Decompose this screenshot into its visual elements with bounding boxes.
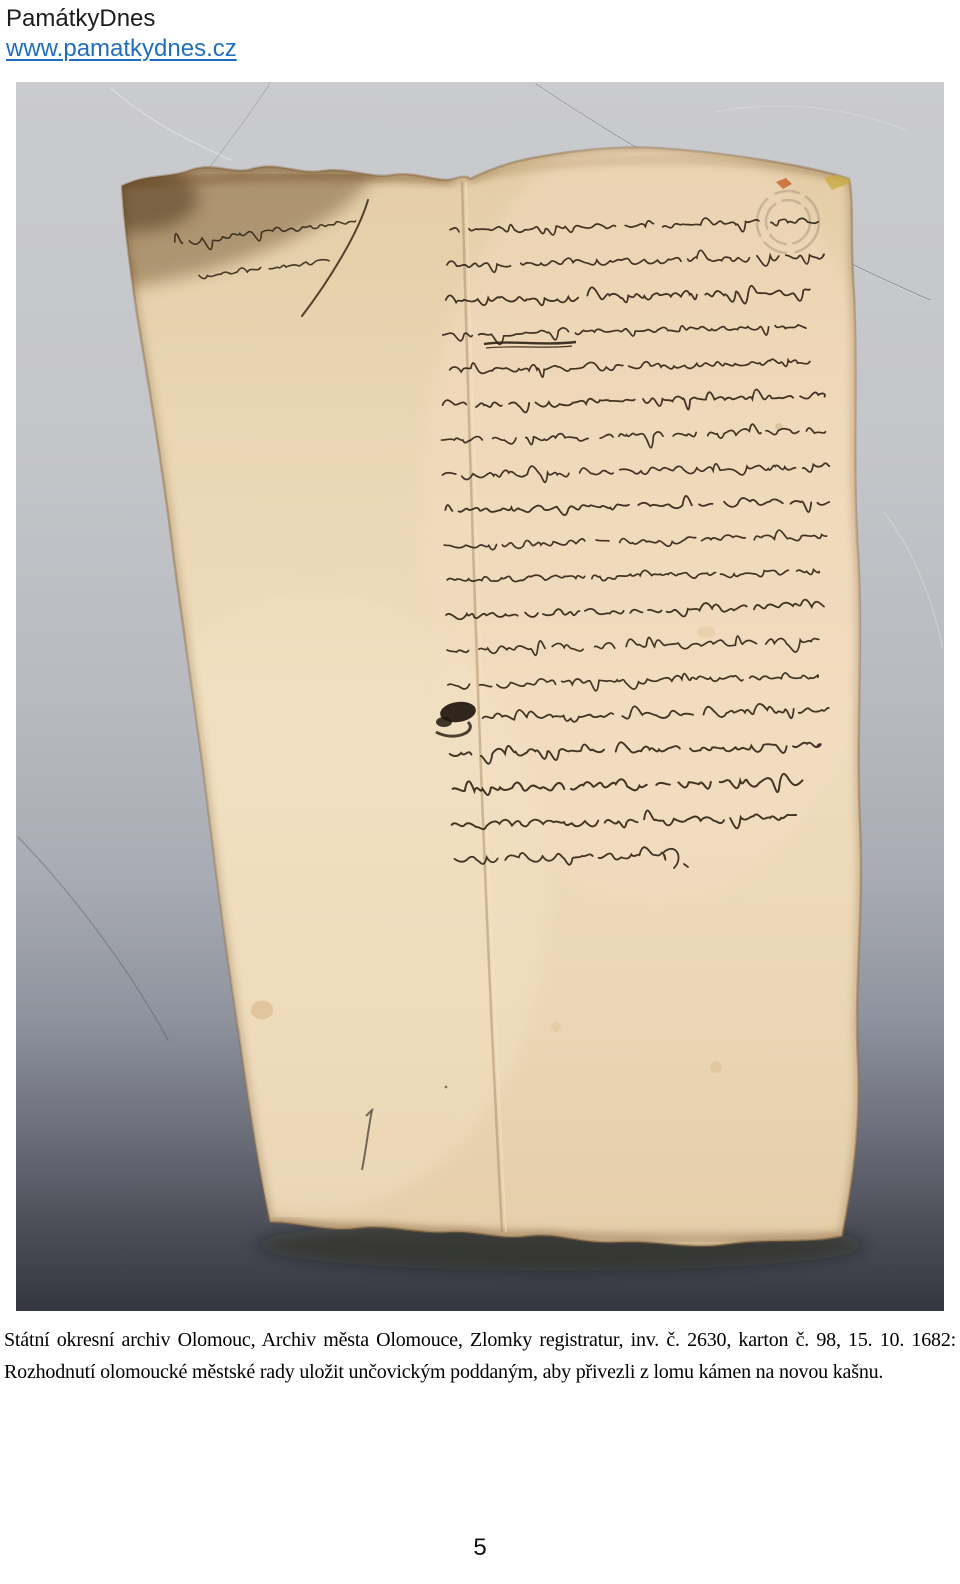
manuscript-photo-canvas (16, 82, 944, 1311)
site-url-link[interactable]: www.pamatkydnes.cz (6, 34, 237, 64)
header: PamátkyDnes www.pamatkydnes.cz (6, 4, 237, 64)
page: PamátkyDnes www.pamatkydnes.cz (0, 0, 960, 1584)
photo-caption: Státní okresní archiv Olomouc, Archiv mě… (4, 1324, 956, 1388)
page-number: 5 (0, 1534, 960, 1562)
site-title: PamátkyDnes (6, 4, 237, 34)
manuscript-photo (16, 82, 944, 1311)
